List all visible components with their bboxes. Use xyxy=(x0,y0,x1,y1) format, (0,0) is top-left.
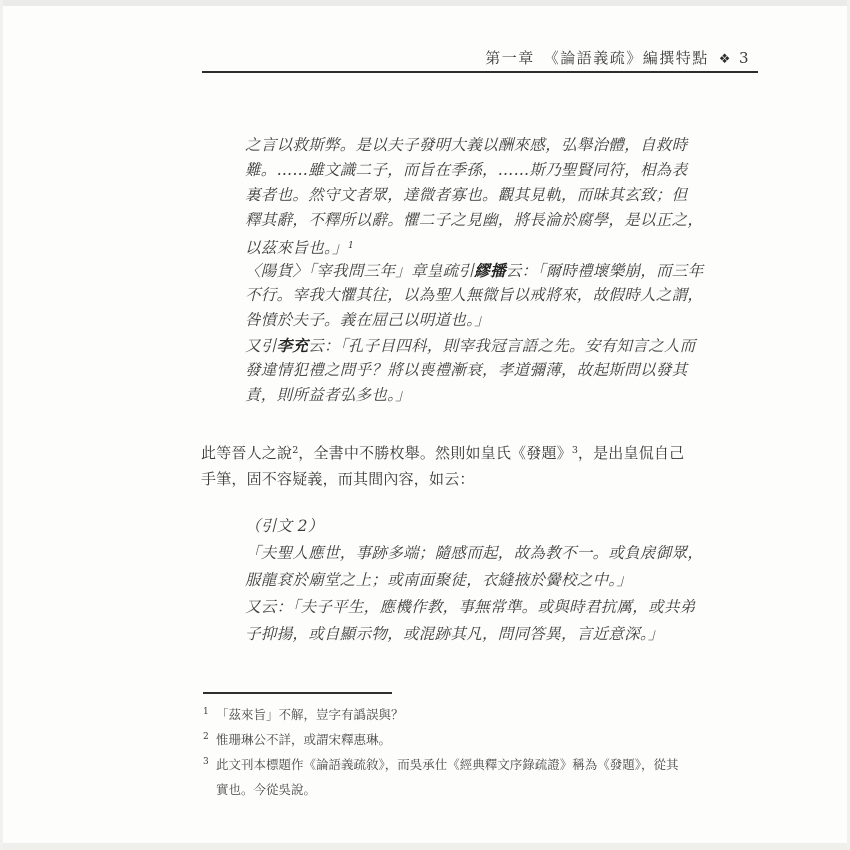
page-number: 3 xyxy=(739,49,750,67)
quote-text: 云：「孔子目四科，則宰我冠言語之先。安有知言之人而 xyxy=(308,337,695,355)
book-page: 第一章 《論語義疏》編撰特點❖3 之言以救斯弊。是以夫子發明大義以酬來感，弘舉治… xyxy=(0,0,850,850)
commentator-name: 繆播 xyxy=(474,261,506,280)
quote-line: 之言以救斯弊。是以夫子發明大義以酬來感，弘舉治體，自救時 xyxy=(245,133,685,158)
quote-text: 〈陽貨〉「宰我問三年」章皇疏引 xyxy=(245,262,474,280)
body-text: ，全書中不勝枚舉。然則如皇氏《發題》 xyxy=(298,444,572,462)
quote-line: 裏者也。然守文者眾，達微者寡也。觀其見軌，而昧其玄致；但 xyxy=(245,183,685,208)
block-quote-1: 之言以救斯弊。是以夫子發明大義以酬來感，弘舉治體，自救時 難。……雖文識二子，而… xyxy=(245,133,685,408)
quote-line: 不行。宰我大懼其往，以為聖人無微旨以戒將來，故假時人之謂， xyxy=(245,283,685,308)
quote-line: 〈陽貨〉「宰我問三年」章皇疏引繆播云：「爾時禮壞樂崩，而三年 xyxy=(245,258,685,283)
footnote-number: 2 xyxy=(203,727,216,752)
footnote-text: 惟珊琳公不詳，或謂宋釋惠琳。 xyxy=(216,727,391,752)
main-paragraph: 此等晉人之說2，全書中不勝枚舉。然則如皇氏《發題》3，是出皇侃自己 手筆，固不容… xyxy=(201,437,671,493)
quote-line: 又云：「夫子平生，應機作教，事無常準。或與時君抗厲，或共弟 xyxy=(245,594,685,621)
quote-line: 責，則所益者弘多也。」 xyxy=(245,383,685,408)
commentator-name: 李充 xyxy=(277,336,309,355)
footnote-text: 此文刊本標題作《論語義疏敘》，而吳承仕《經典釋文序錄疏證》稱為《發題》，從其 xyxy=(216,752,679,777)
paragraph-line: 手筆，固不容疑義，而其間內容，如云： xyxy=(201,465,671,493)
quote-caption: （引文 2） xyxy=(245,513,685,540)
footnote-divider xyxy=(203,692,392,694)
ornament-diamond-icon: ❖ xyxy=(719,52,732,67)
footnotes-section: 1 「茲來旨」不解，豈字有譌誤與？ 2 惟珊琳公不詳，或謂宋釋惠琳。 3 此文刊… xyxy=(203,702,673,802)
quote-text: 以茲來旨也。」 xyxy=(245,239,348,257)
body-text: 此等晉人之說 xyxy=(201,444,292,462)
quote-text: 云：「爾時禮壞樂崩，而三年 xyxy=(506,262,704,280)
footnote-text: 實也。今從吳說。 xyxy=(216,777,316,802)
quote-line: 難。……雖文識二子，而旨在季孫，……斯乃聖賢同符，相為表 xyxy=(245,158,685,183)
body-text: ，是出皇侃自己 xyxy=(578,444,684,462)
scan-edge-left xyxy=(0,0,3,850)
quote-text: 又引 xyxy=(245,337,277,355)
footnote-text: 「茲來旨」不解，豈字有譌誤與？ xyxy=(216,702,404,727)
footnote-2: 2 惟珊琳公不詳，或謂宋釋惠琳。 xyxy=(203,727,673,752)
scan-edge-bottom xyxy=(0,843,850,850)
quote-line: 「夫聖人應世，事跡多端；隨感而起，故為教不一。或負扆御眾， xyxy=(245,540,685,567)
footnote-ref-1: 1 xyxy=(348,240,354,251)
footnote-3-continued: 實也。今從吳說。 xyxy=(203,777,673,802)
quote-line: 發違情犯禮之問乎？將以喪禮漸衰，孝道彌薄，故起斯問以發其 xyxy=(245,358,685,383)
running-header: 第一章 《論語義疏》編撰特點❖3 xyxy=(202,47,750,68)
chapter-title: 第一章 《論語義疏》編撰特點 xyxy=(485,49,709,67)
footnote-number: 1 xyxy=(203,702,216,727)
scan-edge-top xyxy=(0,0,850,6)
quote-line: 咎憤於夫子。義在屈己以明道也。」 xyxy=(245,308,685,333)
quote-line: 服龍袞於廟堂之上；或南面聚徒，衣縫掖於黌校之中。」 xyxy=(245,567,685,594)
header-rule xyxy=(202,71,758,73)
footnote-3: 3 此文刊本標題作《論語義疏敘》，而吳承仕《經典釋文序錄疏證》稱為《發題》，從其 xyxy=(203,752,673,777)
footnote-1: 1 「茲來旨」不解，豈字有譌誤與？ xyxy=(203,702,673,727)
paragraph-line: 此等晉人之說2，全書中不勝枚舉。然則如皇氏《發題》3，是出皇侃自己 xyxy=(201,437,671,465)
quote-line: 子抑揚，或自顯示物，或混跡其凡，問同答異，言近意深。」 xyxy=(245,621,685,648)
block-quote-2: （引文 2） 「夫聖人應世，事跡多端；隨感而起，故為教不一。或負扆御眾， 服龍袞… xyxy=(245,513,685,648)
quote-line: 又引李充云：「孔子目四科，則宰我冠言語之先。安有知言之人而 xyxy=(245,333,685,358)
quote-line: 釋其辭，不釋所以辭。懼二子之見幽，將長淪於腐學，是以正之， xyxy=(245,208,685,233)
footnote-number: 3 xyxy=(203,752,216,777)
quote-line: 以茲來旨也。」1 xyxy=(245,233,685,258)
